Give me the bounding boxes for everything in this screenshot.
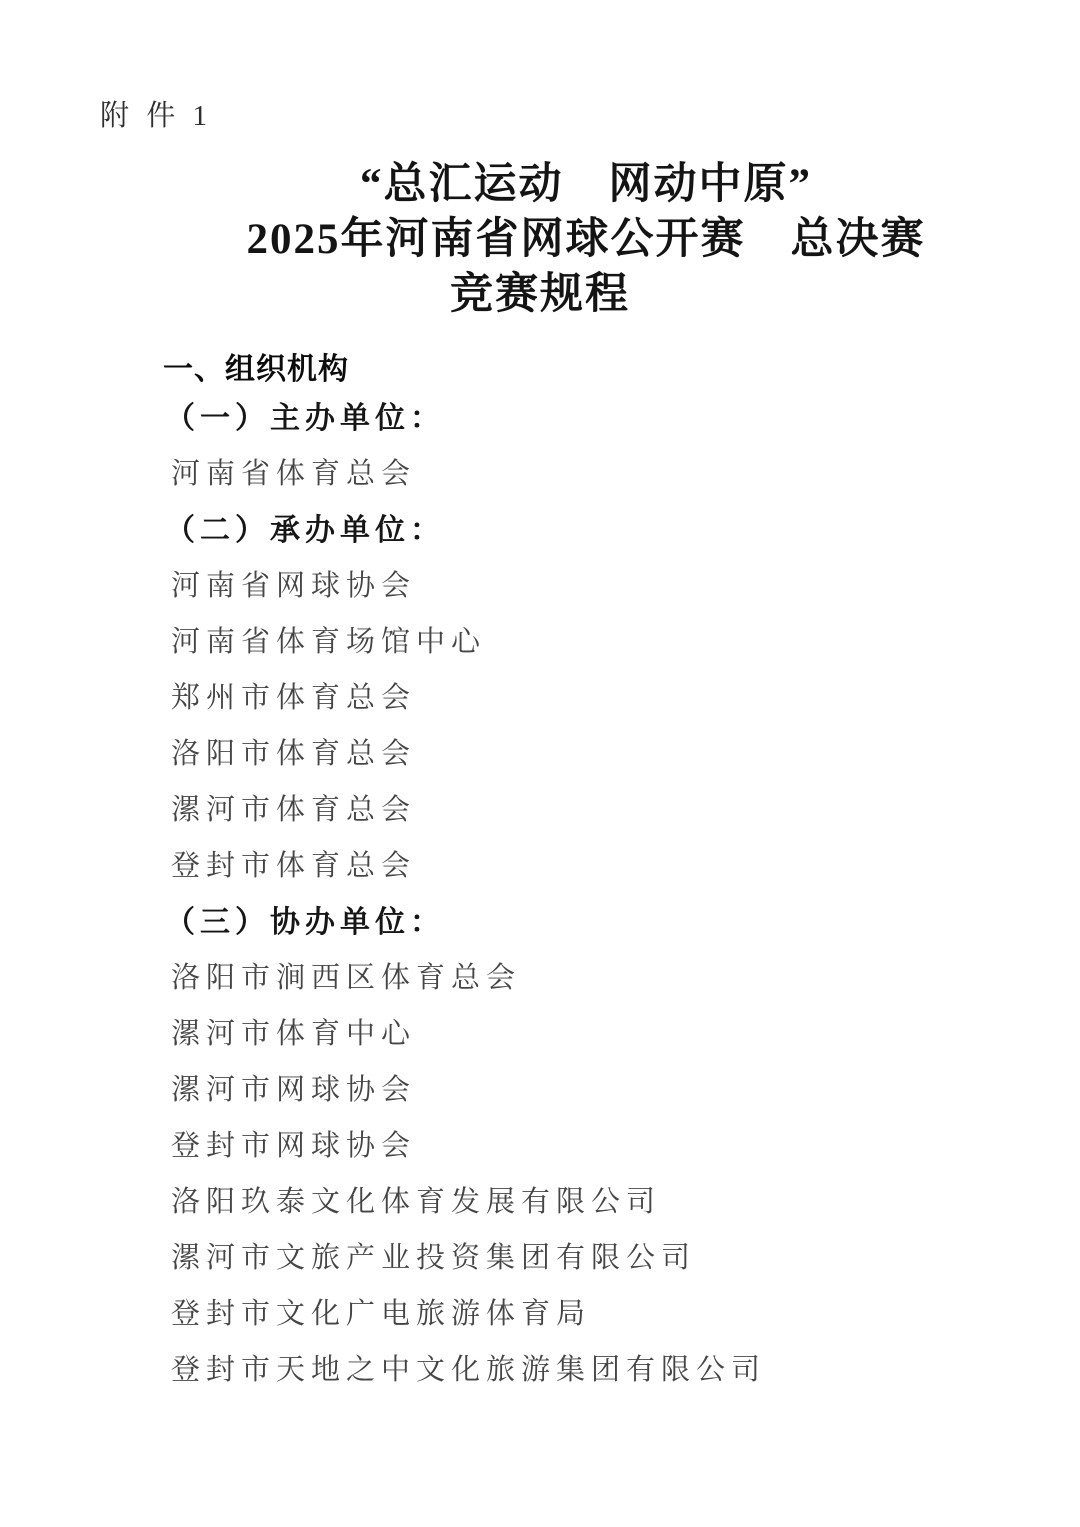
document-title: “总汇运动 网动中原” 2025年河南省网球公开赛 总决赛 竞赛规程: [0, 157, 1080, 322]
org-name: 漯河市体育中心: [0, 1003, 1080, 1059]
title-line-event: 2025年河南省网球公开赛 总决赛: [46, 212, 1080, 267]
org-subheading: （三）协办单位：: [0, 891, 1080, 947]
org-subheading: （一）主办单位：: [0, 387, 1080, 443]
org-name: 洛阳市涧西区体育总会: [0, 947, 1080, 1003]
org-name: 河南省体育场馆中心: [0, 611, 1080, 667]
org-subheading: （二）承办单位：: [0, 499, 1080, 555]
org-name: 登封市天地之中文化旅游集团有限公司: [0, 1339, 1080, 1395]
document-body: 一、组织机构（一）主办单位：河南省体育总会（二）承办单位：河南省网球协会河南省体…: [0, 345, 1080, 1395]
title-line-regulations: 竞赛规程: [0, 267, 1080, 322]
org-name: 河南省体育总会: [0, 443, 1080, 499]
org-name: 登封市网球协会: [0, 1115, 1080, 1171]
org-name: 漯河市网球协会: [0, 1059, 1080, 1115]
org-name: 洛阳市体育总会: [0, 723, 1080, 779]
org-name: 漯河市文旅产业投资集团有限公司: [0, 1227, 1080, 1283]
title-line-slogan: “总汇运动 网动中原”: [46, 157, 1080, 212]
org-name: 洛阳玖泰文化体育发展有限公司: [0, 1171, 1080, 1227]
org-name: 河南省网球协会: [0, 555, 1080, 611]
attachment-label: 附 件 1: [100, 100, 212, 132]
org-name: 郑州市体育总会: [0, 667, 1080, 723]
document-page: 附 件 1 “总汇运动 网动中原” 2025年河南省网球公开赛 总决赛 竞赛规程…: [0, 0, 1080, 1527]
org-name: 登封市文化广电旅游体育局: [0, 1283, 1080, 1339]
org-name: 登封市体育总会: [0, 835, 1080, 891]
section-heading: 一、组织机构: [0, 345, 1080, 387]
org-name: 漯河市体育总会: [0, 779, 1080, 835]
